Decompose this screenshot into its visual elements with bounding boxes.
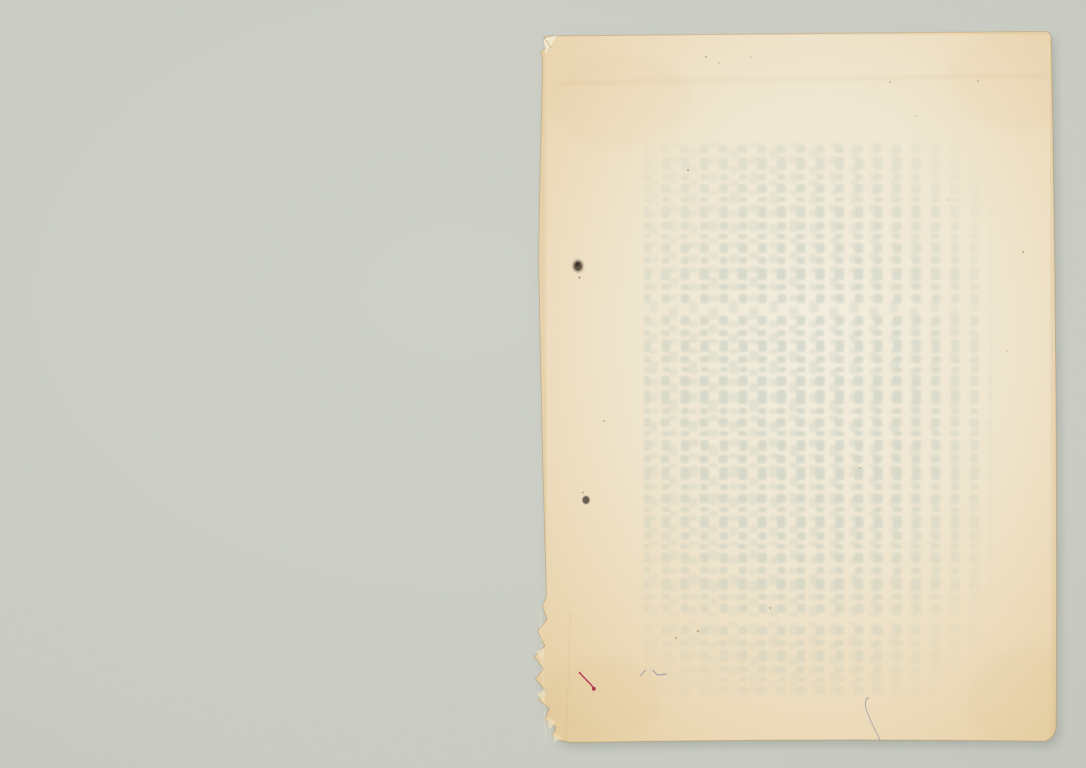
- photo-grain: [0, 0, 1086, 768]
- archival-photograph: [0, 0, 1086, 768]
- photo-canvas: [0, 0, 1086, 768]
